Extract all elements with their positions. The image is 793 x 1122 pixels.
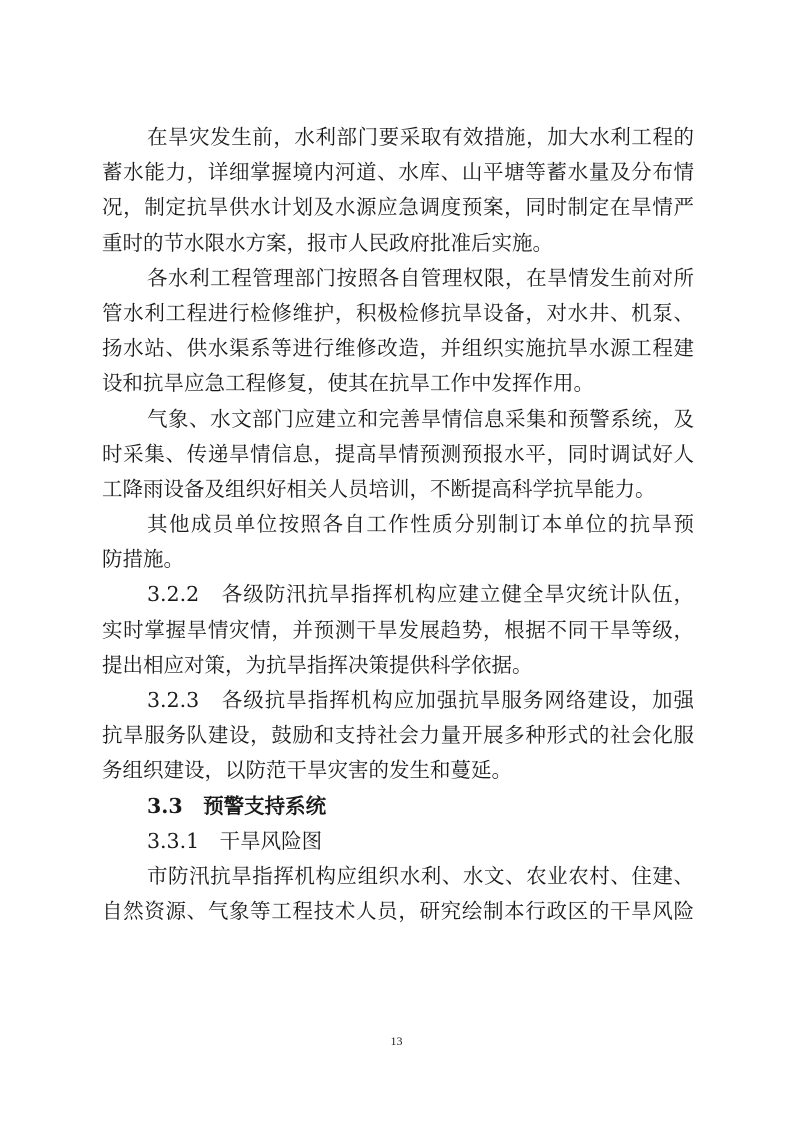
- paragraph-3-2-3: 3.2.3 各级抗旱指挥机构应加强抗旱服务网络建设，加强 抗旱服务队建设，鼓励和…: [102, 683, 694, 789]
- document-page: 在旱灾发生前，水利部门要采取有效措施，加大水利工程的 蓄水能力，详细掌握境内河道…: [0, 0, 793, 1122]
- text-line: 抗旱服务队建设，鼓励和支持社会力量开展多种形式的社会化服: [102, 718, 694, 753]
- text-line: 自然资源、气象等工程技术人员，研究绘制本行政区的干旱风险: [102, 894, 694, 929]
- text-line: 重时的节水限水方案，报市人民政府批准后实施。: [102, 226, 694, 261]
- text-line: 务组织建设，以防范干旱灾害的发生和蔓延。: [102, 753, 694, 788]
- page-number: 13: [0, 1034, 793, 1049]
- text-line: 况，制定抗旱供水计划及水源应急调度预案，同时制定在旱情严: [102, 190, 694, 225]
- section-heading: 3.3 预警支持系统: [102, 789, 694, 824]
- paragraph-pre-drought-water-measures: 在旱灾发生前，水利部门要采取有效措施，加大水利工程的 蓄水能力，详细掌握境内河道…: [102, 120, 694, 261]
- text-line: 提出相应对策，为抗旱指挥决策提供科学依据。: [102, 648, 694, 683]
- text-line: 管水利工程进行检修维护，积极检修抗旱设备，对水井、机泵、: [102, 296, 694, 331]
- text-line: 实时掌握旱情灾情，并预测干旱发展趋势，根据不同干旱等级，: [102, 613, 694, 648]
- text-line: 扬水站、供水渠系等进行维修改造，并组织实施抗旱水源工程建: [102, 331, 694, 366]
- paragraph-meteorology-hydrology: 气象、水文部门应建立和完善旱情信息采集和预警系统，及 时采集、传递旱情信息，提高…: [102, 402, 694, 508]
- paragraph-drought-risk-map: 市防汛抗旱指挥机构应组织水利、水文、农业农村、住建、 自然资源、气象等工程技术人…: [102, 859, 694, 929]
- text-line: 防措施。: [102, 542, 694, 577]
- text-line: 3.2.2 各级防汛抗旱指挥机构应建立健全旱灾统计队伍，: [102, 577, 694, 612]
- text-line: 在旱灾发生前，水利部门要采取有效措施，加大水利工程的: [102, 120, 694, 155]
- page-body: 在旱灾发生前，水利部门要采取有效措施，加大水利工程的 蓄水能力，详细掌握境内河道…: [102, 120, 694, 929]
- text-line: 蓄水能力，详细掌握境内河道、水库、山平塘等蓄水量及分布情: [102, 155, 694, 190]
- text-line: 市防汛抗旱指挥机构应组织水利、水文、农业农村、住建、: [102, 859, 694, 894]
- paragraph-3-2-2: 3.2.2 各级防汛抗旱指挥机构应建立健全旱灾统计队伍， 实时掌握旱情灾情，并预…: [102, 577, 694, 683]
- paragraph-other-member-units: 其他成员单位按照各自工作性质分别制订本单位的抗旱预 防措施。: [102, 507, 694, 577]
- text-line: 3.2.3 各级抗旱指挥机构应加强抗旱服务网络建设，加强: [102, 683, 694, 718]
- text-line: 设和抗旱应急工程修复，使其在抗旱工作中发挥作用。: [102, 366, 694, 401]
- text-line: 其他成员单位按照各自工作性质分别制订本单位的抗旱预: [102, 507, 694, 542]
- text-line: 时采集、传递旱情信息，提高旱情预测预报水平，同时调试好人: [102, 437, 694, 472]
- subsection-heading: 3.3.1 干旱风险图: [102, 824, 694, 859]
- paragraph-engineering-maintenance: 各水利工程管理部门按照各自管理权限，在旱情发生前对所 管水利工程进行检修维护，积…: [102, 261, 694, 402]
- text-line: 工降雨设备及组织好相关人员培训，不断提高科学抗旱能力。: [102, 472, 694, 507]
- text-line: 气象、水文部门应建立和完善旱情信息采集和预警系统，及: [102, 402, 694, 437]
- text-line: 各水利工程管理部门按照各自管理权限，在旱情发生前对所: [102, 261, 694, 296]
